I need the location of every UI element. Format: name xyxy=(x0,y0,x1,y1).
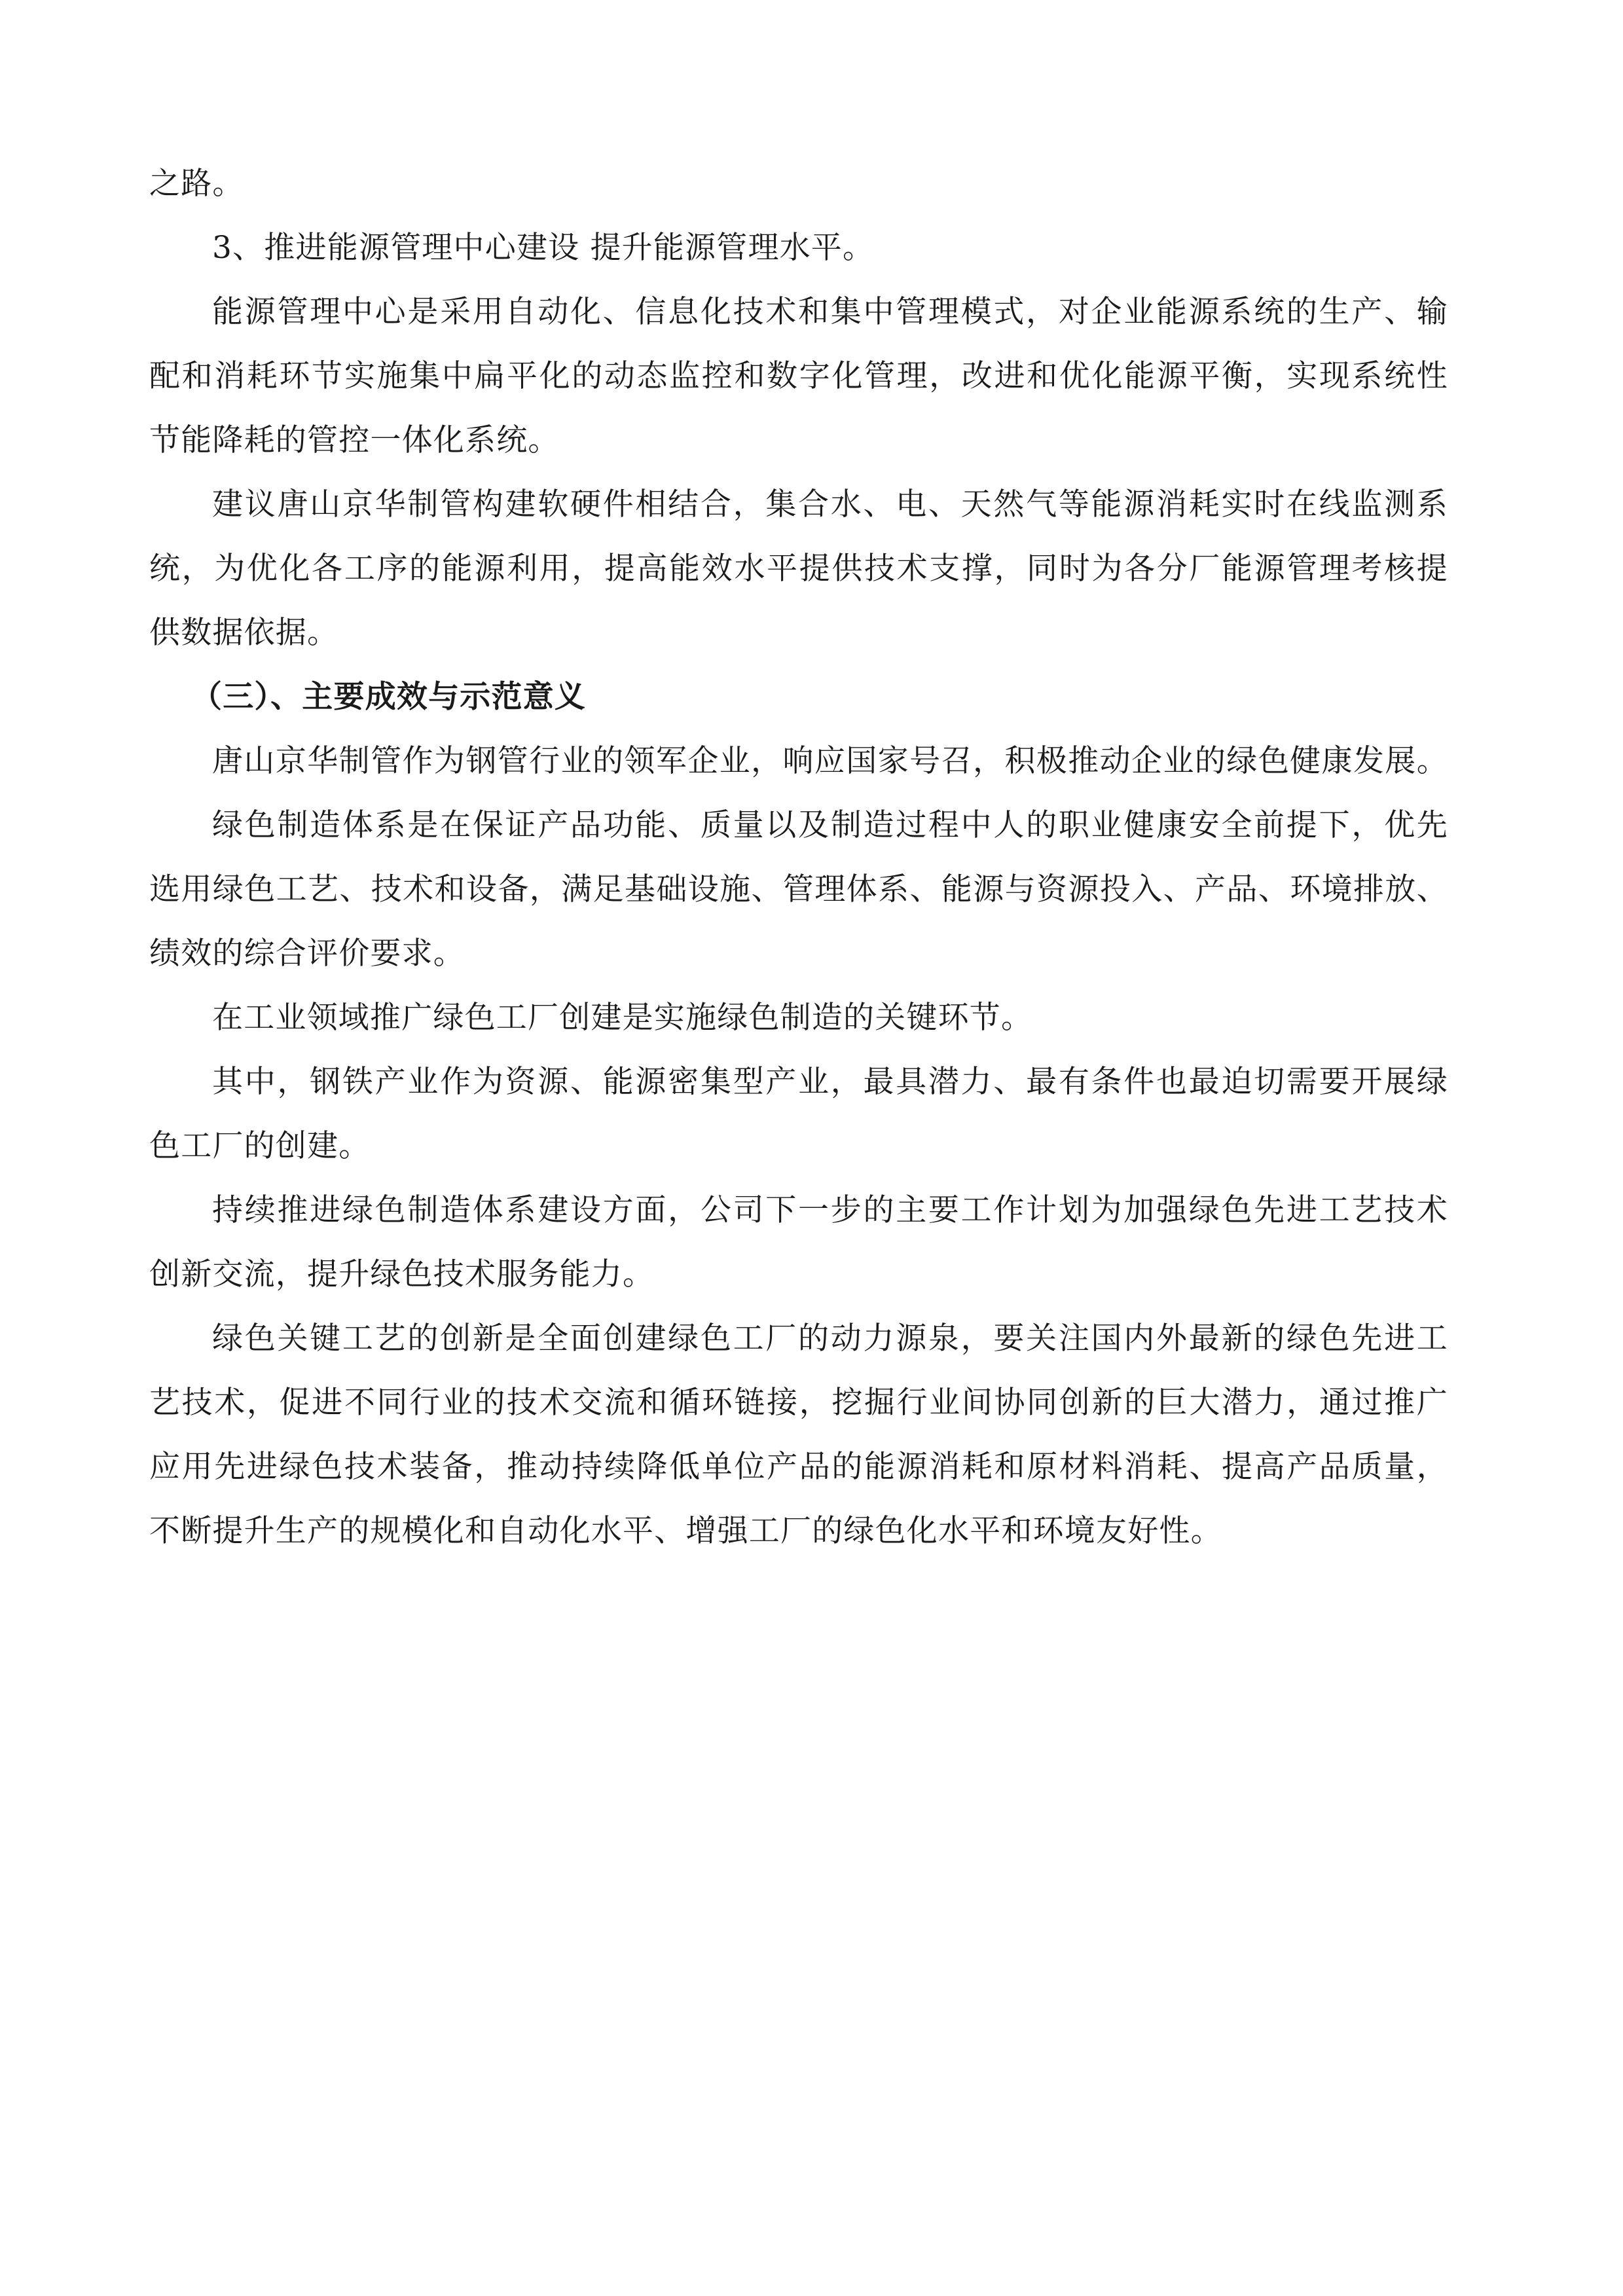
text-line: 节能降耗的管控一体化系统。 xyxy=(149,409,1459,473)
paragraph-leading-enterprise: 唐山京华制管作为钢管行业的领军企业，响应国家号召，积极推动企业的绿色健康发展。 xyxy=(149,729,1459,793)
text-line: 供数据依据。 xyxy=(149,601,1459,665)
text-line: 色工厂的创建。 xyxy=(149,1114,1459,1178)
text-line: 艺技术，促进不同行业的技术交流和循环链接，挖掘行业间协同创新的巨大潜力，通过推广 xyxy=(149,1371,1448,1435)
text-line: 其中，钢铁产业作为资源、能源密集型产业，最具潜力、最有条件也最迫切需要开展绿 xyxy=(149,1050,1448,1114)
text-line: 持续推进绿色制造体系建设方面，公司下一步的主要工作计划为加强绿色先进工艺技术 xyxy=(149,1178,1448,1243)
document-page: 之路。 3、推进能源管理中心建设 提升能源管理水平。 能源管理中心是采用自动化、… xyxy=(149,152,1459,1563)
text-line: 创新交流，提升绿色技术服务能力。 xyxy=(149,1243,1459,1307)
text-line: 能源管理中心是采用自动化、信息化技术和集中管理模式，对企业能源系统的生产、输 xyxy=(149,280,1448,344)
subheading-text: 3、推进能源管理中心建设 提升能源管理水平。 xyxy=(149,216,1459,280)
paragraph-next-steps: 持续推进绿色制造体系建设方面，公司下一步的主要工作计划为加强绿色先进工艺技术 创… xyxy=(149,1178,1459,1307)
section-heading: （三）、主要成效与示范意义 xyxy=(149,665,1459,729)
text-line: 绩效的综合评价要求。 xyxy=(149,922,1459,986)
text-line: 不断提升生产的规模化和自动化水平、增强工厂的绿色化水平和环境友好性。 xyxy=(149,1499,1459,1563)
text-line: 绿色制造体系是在保证产品功能、质量以及制造过程中人的职业健康安全前提下，优先 xyxy=(149,793,1448,858)
section-heading-text: （三）、主要成效与示范意义 xyxy=(149,665,1459,729)
paragraph-green-factory-key: 在工业领域推广绿色工厂创建是实施绿色制造的关键环节。 xyxy=(149,986,1459,1050)
paragraph-green-manufacturing-system: 绿色制造体系是在保证产品功能、质量以及制造过程中人的职业健康安全前提下，优先 选… xyxy=(149,793,1459,986)
paragraph-energy-center-definition: 能源管理中心是采用自动化、信息化技术和集中管理模式，对企业能源系统的生产、输 配… xyxy=(149,280,1459,473)
subheading-energy-management-center: 3、推进能源管理中心建设 提升能源管理水平。 xyxy=(149,216,1459,280)
text-line: 应用先进绿色技术装备，推动持续降低单位产品的能源消耗和原材料消耗、提高产品质量， xyxy=(149,1435,1448,1499)
text-line: 之路。 xyxy=(149,152,1459,216)
text-line: 选用绿色工艺、技术和设备，满足基础设施、管理体系、能源与资源投入、产品、环境排放… xyxy=(149,858,1448,922)
paragraph-continuation: 之路。 xyxy=(149,152,1459,216)
paragraph-recommendation: 建议唐山京华制管构建软硬件相结合，集合水、电、天然气等能源消耗实时在线监测系 统… xyxy=(149,473,1459,665)
text-line: 建议唐山京华制管构建软硬件相结合，集合水、电、天然气等能源消耗实时在线监测系 xyxy=(149,473,1448,537)
paragraph-steel-industry: 其中，钢铁产业作为资源、能源密集型产业，最具潜力、最有条件也最迫切需要开展绿 色… xyxy=(149,1050,1459,1178)
text-line: 绿色关键工艺的创新是全面创建绿色工厂的动力源泉，要关注国内外最新的绿色先进工 xyxy=(149,1307,1448,1371)
text-line: 配和消耗环节实施集中扁平化的动态监控和数字化管理，改进和优化能源平衡，实现系统性 xyxy=(149,344,1448,409)
text-line: 在工业领域推广绿色工厂创建是实施绿色制造的关键环节。 xyxy=(149,986,1459,1050)
text-line: 统，为优化各工序的能源利用，提高能效水平提供技术支撑，同时为各分厂能源管理考核提 xyxy=(149,537,1448,601)
paragraph-innovation: 绿色关键工艺的创新是全面创建绿色工厂的动力源泉，要关注国内外最新的绿色先进工 艺… xyxy=(149,1307,1459,1563)
text-line: 唐山京华制管作为钢管行业的领军企业，响应国家号召，积极推动企业的绿色健康发展。 xyxy=(149,729,1448,793)
